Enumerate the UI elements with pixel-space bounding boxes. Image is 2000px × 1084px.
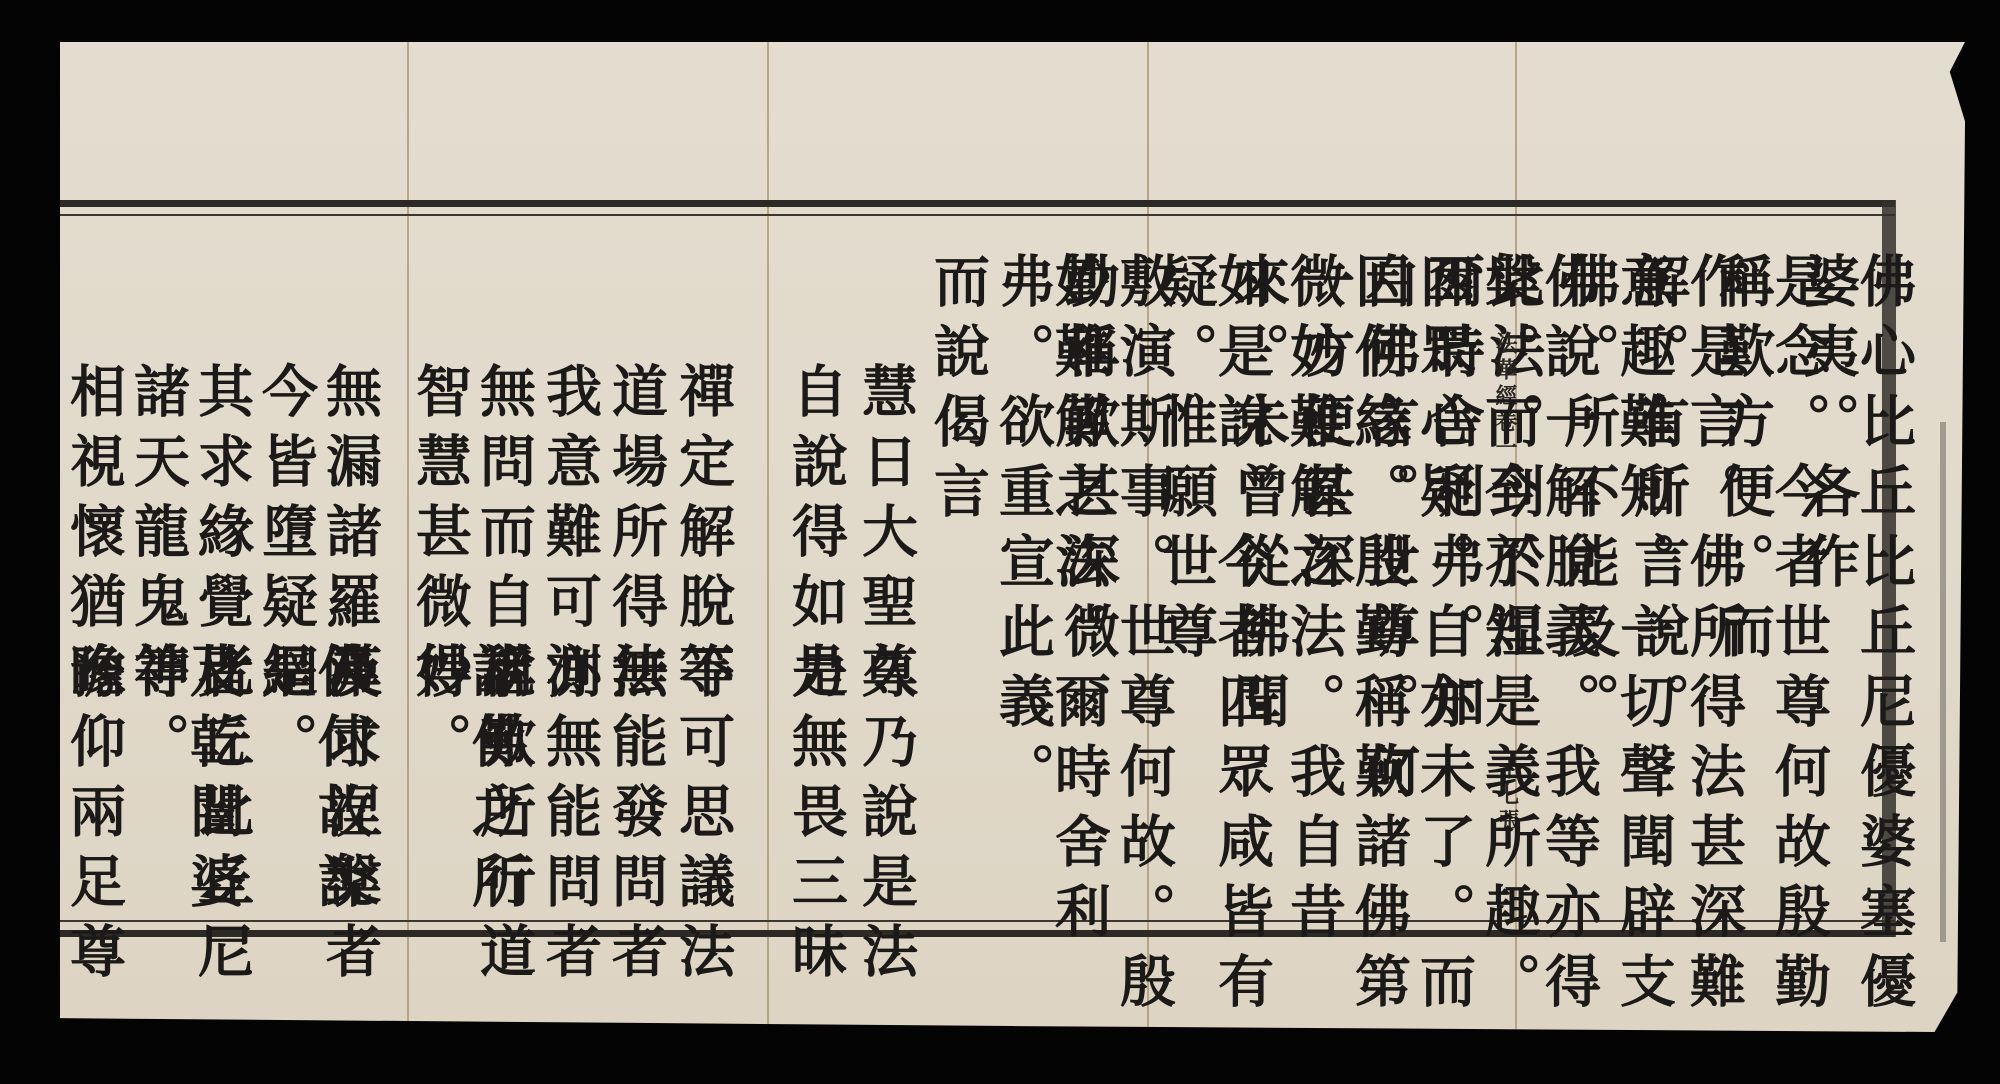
top-border-rule bbox=[60, 200, 1895, 207]
printed-sutra-sheet: 佛心比丘比丘尼優婆塞優婆夷。各作 是念。今者世尊何故殷勤稱歎方便。而 作是言。佛… bbox=[60, 42, 1965, 1032]
verse-line-second: 力無畏三昧 bbox=[788, 642, 844, 992]
edge-ink-smudge bbox=[1940, 422, 1946, 942]
verse-line-second: 久乃說是法 bbox=[858, 642, 914, 992]
verse-line-second: 及乾闥婆等。 bbox=[130, 642, 242, 1032]
verse-line-second: 不可思議法 bbox=[675, 642, 731, 992]
verse-line-second: 諸佛之所得。 bbox=[412, 642, 524, 1032]
text-column: 妙難解之法。爾時舍利弗。欲重宣此義。 bbox=[995, 252, 1107, 1032]
text-column: 而說偈言 bbox=[930, 252, 986, 532]
verse-line-second: 亦無能問者 bbox=[542, 642, 598, 992]
verse-line-second: 無能發問者 bbox=[608, 642, 664, 992]
verse-line-second: 佛何故說是。 bbox=[258, 642, 370, 1032]
top-border-rule-inner bbox=[60, 214, 1895, 216]
verse-line-second: 瞻仰兩足尊 bbox=[66, 642, 122, 992]
fold-line bbox=[767, 42, 769, 1032]
